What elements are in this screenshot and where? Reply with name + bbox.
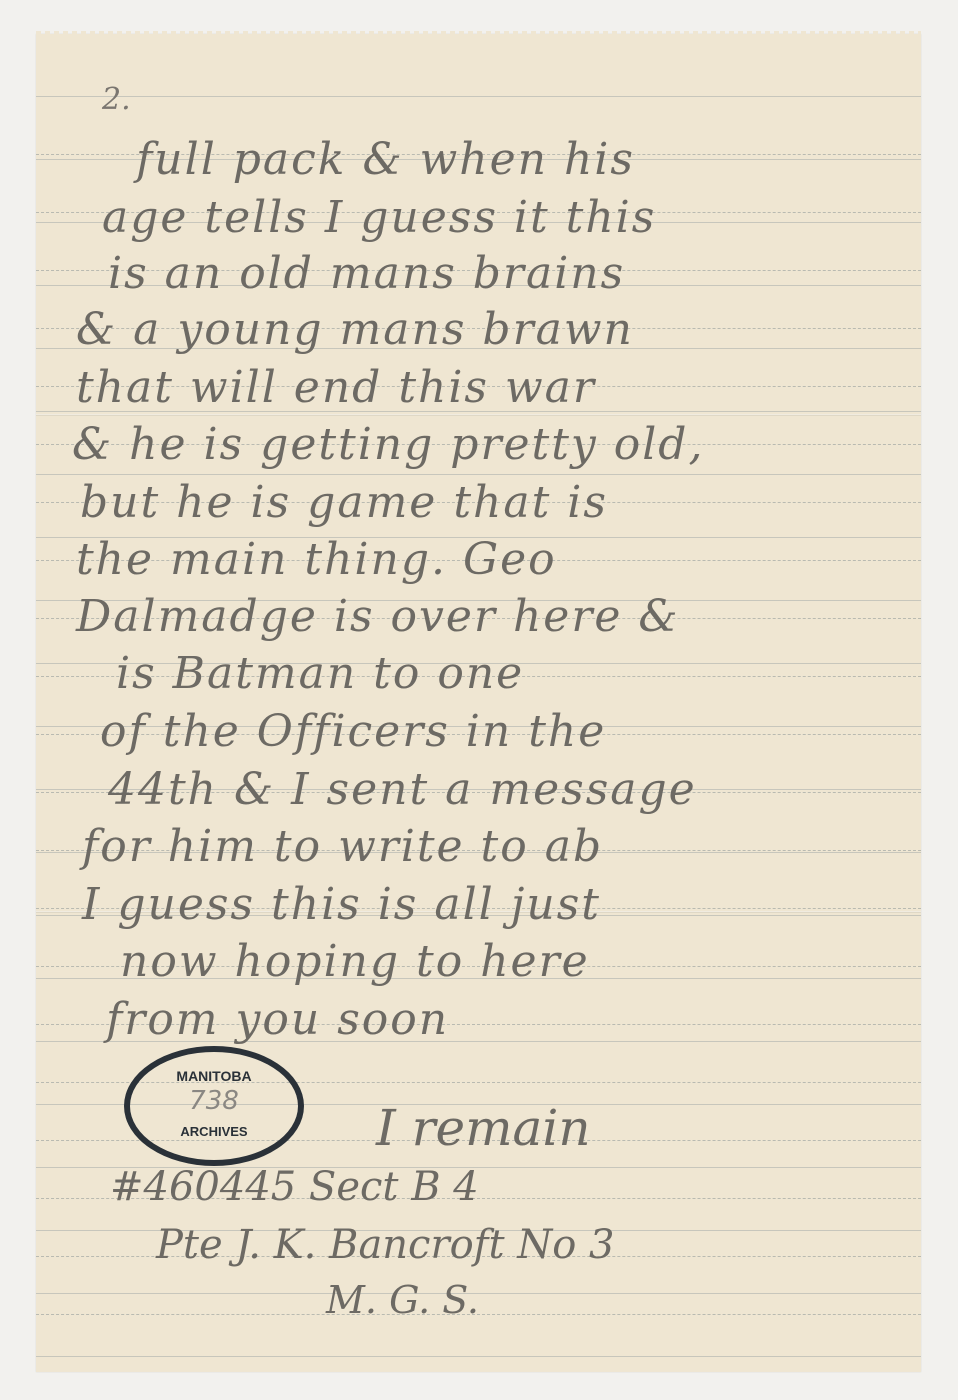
body-line: & he is getting pretty old, — [72, 419, 704, 470]
perforated-top-edge — [36, 31, 921, 35]
stamp-top-text: MANITOBA — [130, 1068, 298, 1084]
body-line: age tells I guess it this — [102, 192, 656, 243]
letter-page: 2. full pack & when his age tells I gues… — [36, 34, 921, 1372]
body-line: full pack & when his — [136, 134, 635, 185]
body-line: but he is game that is — [80, 477, 608, 528]
body-line: I guess this is all just — [82, 879, 601, 930]
body-line: & a young mans brawn — [76, 304, 634, 355]
body-line: is an old mans brains — [108, 248, 625, 299]
closing: I remain — [376, 1099, 591, 1157]
body-line: Dalmadge is over here & — [76, 591, 680, 642]
fold-crease — [36, 414, 921, 416]
body-line: for him to write to ab — [82, 821, 603, 872]
body-line: is Batman to one — [116, 648, 524, 699]
body-line: 44th & I sent a message — [108, 764, 697, 815]
body-line: that will end this war — [76, 362, 596, 413]
signature-line: M. G. S. — [326, 1278, 479, 1322]
body-line: from you soon — [106, 994, 449, 1045]
stamp-number: 738 — [130, 1086, 298, 1116]
stamp-bottom-text: ARCHIVES — [130, 1124, 298, 1139]
page-number: 2. — [102, 82, 131, 117]
body-line: the main thing. Geo — [76, 534, 557, 585]
body-line: of the Officers in the — [100, 706, 606, 757]
body-line: now hoping to here — [120, 936, 590, 987]
signature-line: #460445 Sect B 4 — [110, 1164, 479, 1210]
signature-line: Pte J. K. Bancroft No 3 — [156, 1222, 615, 1268]
archives-stamp: MANITOBA 738 ARCHIVES — [124, 1046, 304, 1166]
